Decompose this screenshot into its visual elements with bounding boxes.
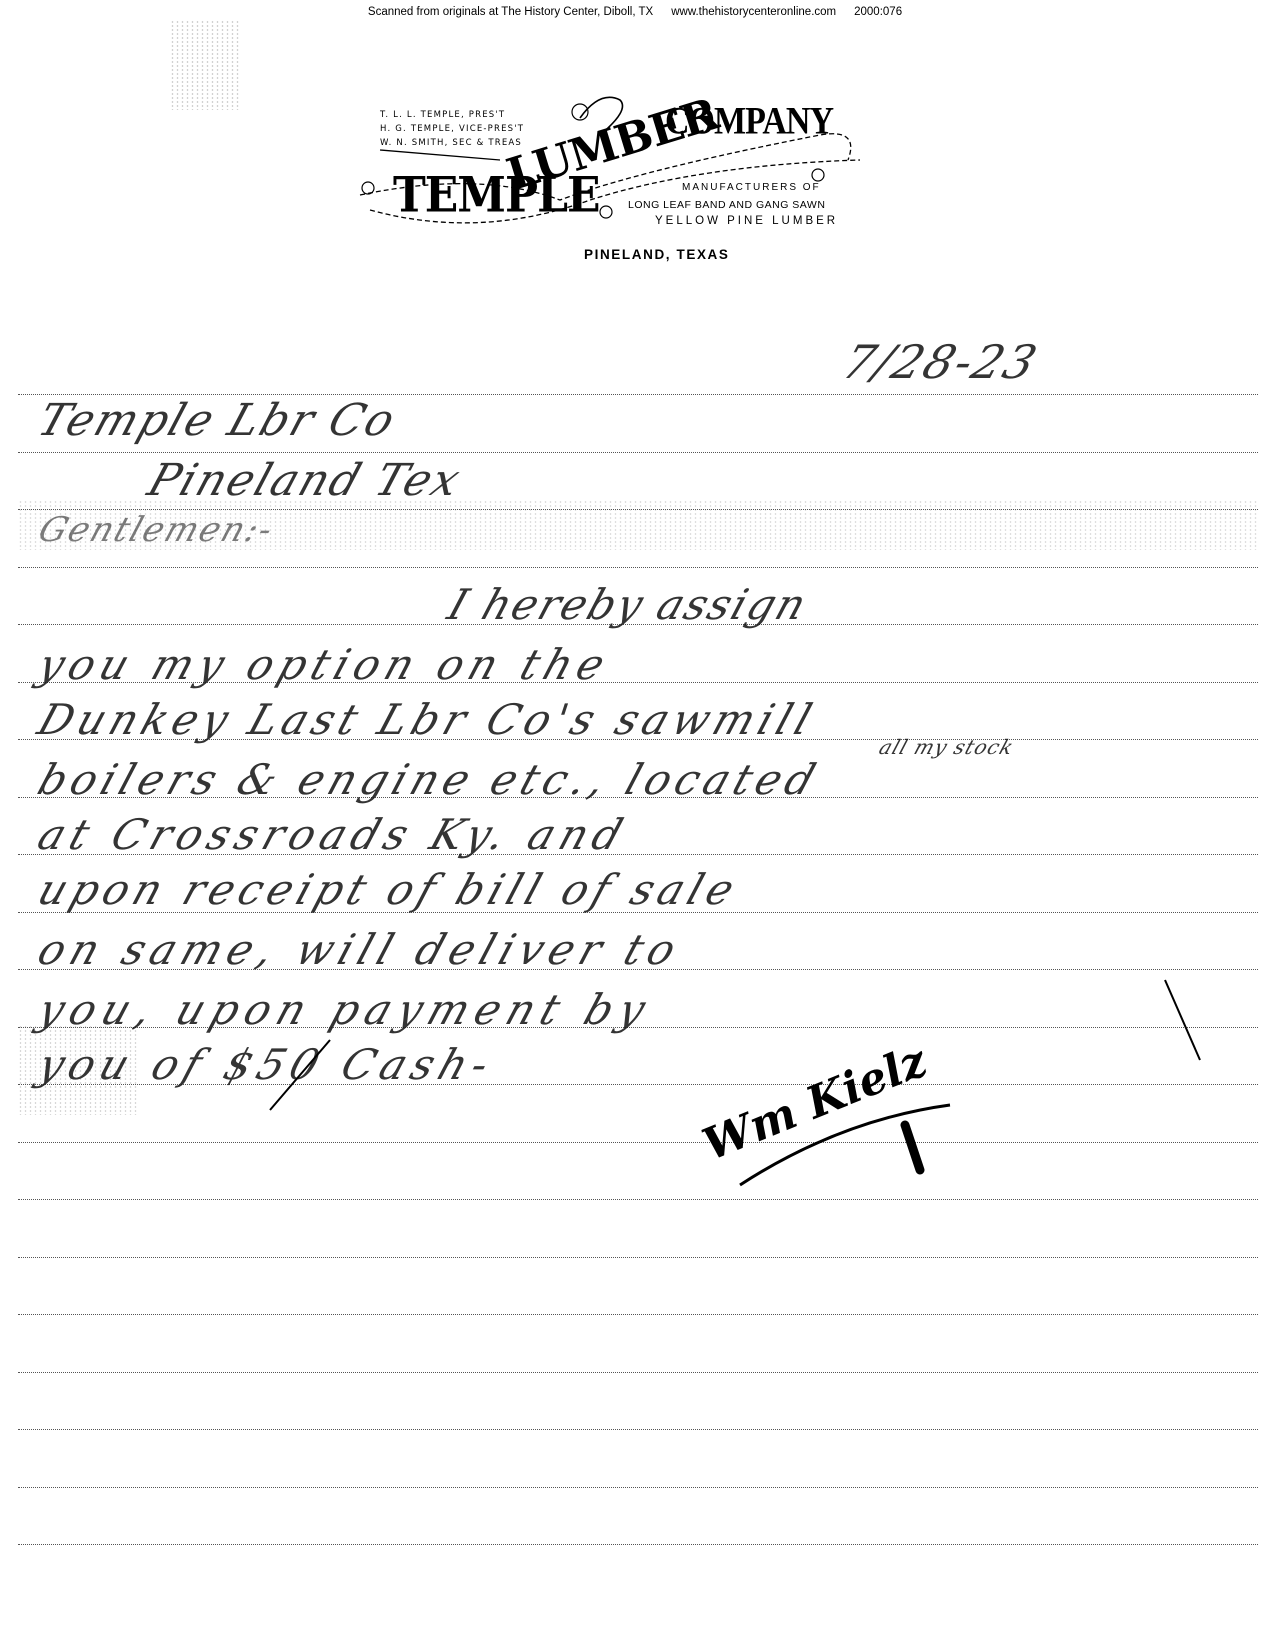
ruled-line [18,1544,1258,1545]
signature: Wm Kielz [696,1035,934,1171]
ruled-line [18,1429,1258,1430]
officer-line: T. L. L. TEMPLE, PRES'T [380,108,524,122]
ruled-line [18,1314,1258,1315]
body-line: you, upon payment by [32,985,659,1034]
body-line: I hereby assign [442,580,814,629]
officers-list: T. L. L. TEMPLE, PRES'T H. G. TEMPLE, VI… [380,108,524,150]
letter-date: 7/28-23 [836,335,1045,389]
interlineation: all my stock [876,735,1017,759]
ruled-line [18,1142,1258,1143]
salutation-line: Pineland Tex [142,455,468,506]
tagline-line: YELLOW PINE LUMBER [655,215,838,227]
body-line: Dunkey Last Lbr Co's sawmill [32,695,823,744]
ruled-line [18,1257,1258,1258]
body-line: you of $50 Cash- [32,1040,501,1089]
body-line: on same, will deliver to [32,925,688,974]
body-line: you my option on the [32,640,617,689]
tagline-line: MANUFACTURERS OF [682,182,821,193]
company-name-company: COMPANY [665,100,833,144]
body-line: boilers & engine etc., located [32,755,826,804]
tagline-line: LONG LEAF BAND AND GANG SAWN [628,199,825,211]
letterhead-location: PINELAND, TEXAS [584,247,730,262]
ruled-line [18,567,1258,568]
body-line: at Crossroads Ky. and [32,810,635,859]
ruled-line [18,452,1258,453]
letterhead: T. L. L. TEMPLE, PRES'T H. G. TEMPLE, VI… [0,0,1270,300]
ruled-line [18,1372,1258,1373]
ruled-line [18,1199,1258,1200]
officer-line: H. G. TEMPLE, VICE-PRES'T [380,122,524,136]
officer-line: W. N. SMITH, SEC & TREAS [380,136,524,150]
salutation-line: Temple Lbr Co [32,395,403,446]
body-line: upon receipt of bill of sale [32,865,745,914]
salutation-line: Gentlemen:- [34,510,280,550]
ruled-line [18,1487,1258,1488]
